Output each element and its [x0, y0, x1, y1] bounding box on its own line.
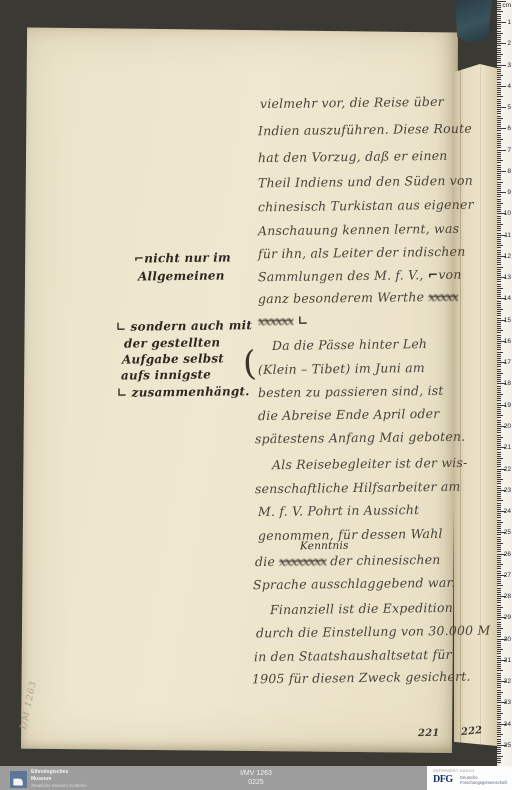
handwriting-line: Indien auszuführen. Diese Route	[258, 122, 472, 138]
ruler-tick	[497, 581, 501, 582]
ruler-tick	[497, 715, 501, 716]
text-segment: für ihn, als Leiter der indischen	[258, 244, 466, 262]
ruler-number: 19	[502, 402, 511, 409]
ruler-number: 12	[502, 253, 511, 260]
text-segment: die	[255, 554, 279, 569]
book-page-edge	[454, 64, 497, 746]
ruler-tick	[497, 579, 501, 580]
ruler-tick	[497, 428, 501, 429]
ruler-tick	[497, 345, 501, 346]
ruler-tick	[497, 71, 501, 72]
ruler-tick	[497, 207, 501, 208]
handwriting-line: (Klein – Tibet) im Juni am	[258, 361, 425, 377]
ruler-tick	[497, 228, 501, 229]
text-segment: Da die Pässe hinter Leh	[272, 336, 427, 353]
ruler-tick	[497, 509, 501, 510]
ruler-tick	[497, 105, 501, 106]
ruler-tick	[497, 643, 501, 644]
text-segment: aufs innigste	[121, 367, 211, 382]
ruler-tick	[497, 92, 501, 93]
ruler-tick	[497, 517, 501, 518]
ruler-tick	[497, 549, 501, 550]
ruler-tick	[497, 305, 501, 306]
ruler-tick	[497, 271, 501, 272]
ruler-tick	[497, 356, 501, 357]
ruler-tick	[497, 413, 501, 414]
ruler-tick	[497, 483, 501, 484]
ruler-tick	[497, 45, 501, 46]
ruler-tick	[497, 645, 501, 646]
ruler-tick	[497, 762, 501, 763]
ruler-tick	[497, 352, 503, 353]
ruler-number: 1	[502, 19, 511, 26]
margin-note-line: Allgemeinen	[138, 269, 225, 283]
ruler-tick	[497, 184, 501, 185]
ruler-tick	[497, 422, 501, 423]
ruler-tick	[497, 252, 501, 253]
ruler-tick	[497, 247, 501, 248]
ruler-tick	[497, 568, 501, 569]
ruler-tick	[497, 562, 501, 563]
ruler-tick	[497, 175, 501, 176]
next-page-number: 222	[460, 725, 483, 738]
ruler-tick	[497, 656, 501, 657]
ruler-number: 30	[502, 636, 511, 643]
ruler-tick	[497, 143, 501, 144]
ruler-tick	[497, 245, 503, 246]
ruler-tick	[497, 692, 503, 693]
text-segment: M. f. V. Pohrt in Aussicht	[258, 502, 419, 519]
ruler-tick	[497, 526, 501, 527]
ruler-tick	[497, 152, 501, 153]
ruler-tick	[497, 103, 501, 104]
ruler-tick	[497, 566, 501, 567]
ruler-tick	[497, 602, 501, 603]
ruler-tick	[497, 445, 501, 446]
ruler-tick	[497, 522, 503, 523]
ruler-tick	[497, 7, 501, 8]
ruler-tick	[497, 760, 501, 761]
ruler-tick	[497, 726, 501, 727]
ruler-number: 32	[502, 678, 511, 685]
dfg-name-line2: Forschungsgemeinschaft	[460, 780, 507, 785]
ruler-tick	[497, 292, 501, 293]
ruler-tick	[497, 636, 501, 637]
handwriting-line: für ihn, als Leiter der indischen	[258, 245, 466, 261]
ruler-tick	[497, 133, 501, 134]
ruler-tick	[497, 173, 501, 174]
ruler-tick	[497, 588, 501, 589]
ruler-tick	[497, 432, 501, 433]
text-segment: durch die Einstellung von 30.000 M	[256, 623, 491, 641]
ruler-tick	[497, 641, 501, 642]
ruler-number: 21	[502, 444, 511, 451]
text-segment: ganz besonderem Werthe	[258, 289, 428, 306]
ruler-tick	[497, 194, 501, 195]
page-crease	[460, 64, 461, 746]
text-segment: Kenntnis	[300, 540, 349, 553]
ruler-tick	[497, 505, 501, 506]
handwriting-line: Sprache ausschlaggebend war.	[253, 576, 456, 592]
ruler-tick	[497, 607, 503, 608]
ruler-tick	[497, 730, 501, 731]
ruler-tick	[497, 749, 501, 750]
struck-out-word: xxxxx	[428, 289, 457, 304]
ruler-number: 16	[502, 338, 511, 345]
ruler-unit-label: cm	[502, 2, 511, 9]
ruler-number: 9	[502, 189, 511, 196]
ruler-tick	[497, 147, 501, 148]
ruler-tick	[497, 452, 501, 453]
ruler-number: 31	[502, 657, 511, 664]
ruler-tick	[497, 541, 501, 542]
ruler-tick	[497, 188, 501, 189]
ruler-tick	[497, 386, 501, 387]
ruler-tick	[497, 101, 501, 102]
ruler-number: 8	[502, 168, 511, 175]
ruler-tick	[497, 564, 503, 565]
ruler-tick	[497, 201, 501, 202]
ruler-tick	[497, 318, 501, 319]
ruler-tick	[497, 460, 501, 461]
ruler-number: 25	[502, 529, 511, 536]
text-segment: der gestellten	[124, 335, 220, 350]
ruler-tick	[497, 717, 501, 718]
handwriting-line: Theil Indiens und den Süden von	[258, 174, 473, 190]
ruler-tick	[497, 705, 501, 706]
ruler-tick	[497, 182, 503, 183]
ruler-tick	[497, 403, 501, 404]
ruler-tick	[497, 337, 501, 338]
ruler-tick	[497, 424, 501, 425]
ruler-tick	[497, 658, 501, 659]
ruler-tick	[497, 739, 501, 740]
ruler-tick	[497, 250, 501, 251]
ruler-tick	[497, 239, 501, 240]
ruler-tick	[497, 449, 501, 450]
ruler-tick	[497, 492, 501, 493]
ruler-number: 6	[502, 125, 511, 132]
handwriting-line: in den Staatshaushaltsetat für	[254, 648, 452, 664]
handwriting-line: 1905 für diesen Zweck gesichert.	[252, 670, 471, 686]
ruler-tick	[497, 698, 501, 699]
ruler-tick	[497, 753, 501, 754]
ruler-tick	[497, 583, 501, 584]
ruler-number: 15	[502, 317, 511, 324]
text-segment: Aufgabe selbst	[122, 351, 224, 366]
ruler-tick	[497, 84, 501, 85]
ruler-tick	[497, 286, 501, 287]
text-segment: chinesisch Turkistan aus eigener	[258, 197, 474, 215]
ruler-tick	[497, 332, 501, 333]
ruler-tick	[497, 741, 501, 742]
text-segment: Theil Indiens und den Süden von	[258, 173, 473, 191]
ruler-tick	[497, 515, 501, 516]
ruler-tick	[497, 598, 501, 599]
ruler-tick	[497, 360, 501, 361]
bookmark-ribbon	[455, 0, 492, 42]
ruler-tick	[497, 407, 501, 408]
ruler-tick	[497, 196, 501, 197]
ruler-tick	[497, 556, 501, 557]
ruler-number: 22	[502, 466, 511, 473]
ruler-tick	[497, 216, 501, 217]
ruler-tick	[497, 411, 501, 412]
ruler-tick	[497, 24, 501, 25]
ruler-tick	[497, 50, 501, 51]
ruler-tick	[497, 687, 501, 688]
ruler-tick	[497, 9, 501, 10]
ruler-number: 20	[502, 423, 511, 430]
ruler-tick	[497, 273, 501, 274]
text-segment: Anschauung kennen lernt, was	[258, 221, 459, 238]
ruler-tick	[497, 311, 501, 312]
text-segment: von	[438, 267, 461, 282]
struck-out-word: xxxxxx	[258, 313, 293, 328]
ruler-tick	[497, 267, 503, 268]
ruler-tick	[497, 315, 501, 316]
ruler-number: 28	[502, 593, 511, 600]
ruler-tick	[497, 358, 501, 359]
ruler-number: 29	[502, 614, 511, 621]
ruler-tick	[497, 203, 503, 204]
ruler-tick	[497, 99, 501, 100]
ruler-tick	[497, 16, 501, 17]
page-number: 221	[418, 728, 440, 739]
handwriting-line: die Abreise Ende April oder	[258, 407, 440, 423]
ruler-tick	[497, 458, 503, 459]
ruler-tick	[497, 26, 501, 27]
ruler-number: 33	[502, 699, 511, 706]
ruler-tick	[497, 558, 501, 559]
ruler-tick	[497, 139, 503, 140]
text-segment: Sprache ausschlaggebend war.	[253, 575, 456, 592]
ruler-number: 3	[502, 62, 511, 69]
handwriting-line: vielmehr vor, die Reise über	[260, 95, 444, 111]
ruler-tick	[497, 666, 501, 667]
ruler-tick	[497, 301, 501, 302]
ruler-tick	[497, 275, 501, 276]
ruler-tick	[497, 145, 501, 146]
dfg-logo: DFG	[433, 774, 453, 785]
ruler-tick	[497, 630, 501, 631]
ruler-tick	[497, 537, 501, 538]
ruler-tick	[497, 264, 501, 265]
ruler-tick	[497, 626, 501, 627]
ruler-tick	[497, 60, 501, 61]
ruler-number: 2	[502, 40, 511, 47]
ruler-tick	[497, 696, 501, 697]
ruler-tick	[497, 31, 501, 32]
ruler-tick	[497, 205, 501, 206]
ruler-tick	[497, 75, 503, 76]
ruler-tick	[497, 343, 501, 344]
ruler-tick	[497, 498, 501, 499]
ruler-tick	[497, 624, 501, 625]
text-segment: (Klein – Tibet) im Juni am	[258, 360, 425, 377]
text-segment: Indien auszuführen. Diese Route	[258, 121, 472, 139]
ruler-tick	[497, 685, 501, 686]
ruler-tick	[497, 54, 503, 55]
ruler-tick	[497, 634, 501, 635]
handwriting-line: chinesisch Turkistan aus eigener	[258, 198, 474, 214]
ruler-tick	[497, 628, 503, 629]
ruler-tick	[497, 279, 501, 280]
ruler-tick	[497, 619, 501, 620]
ruler-tick	[497, 258, 501, 259]
ruler-tick	[497, 481, 501, 482]
ruler-tick	[497, 162, 501, 163]
ruler-tick	[497, 233, 501, 234]
ruler-tick	[497, 473, 501, 474]
ruler-tick	[497, 751, 501, 752]
ruler-tick	[497, 670, 503, 671]
ruler-tick	[497, 322, 501, 323]
text-segment: hat den Vorzug, daß er einen	[258, 148, 448, 165]
ruler-tick	[497, 611, 501, 612]
ruler-tick	[497, 734, 503, 735]
ruler-number: 35	[502, 742, 511, 749]
ruler-tick	[497, 528, 501, 529]
text-segment: vielmehr vor, die Reise über	[260, 94, 444, 111]
ruler-tick	[497, 694, 501, 695]
ruler-tick	[497, 743, 501, 744]
ruler-tick	[497, 732, 501, 733]
ruler-tick	[497, 296, 501, 297]
ruler-tick	[497, 281, 501, 282]
ruler-tick	[497, 167, 501, 168]
text-segment: Allgemeinen	[138, 268, 225, 283]
ruler-tick	[497, 88, 501, 89]
ruler-tick	[497, 471, 501, 472]
ruler-tick	[497, 309, 503, 310]
ruler-tick	[497, 415, 503, 416]
ruler-tick	[497, 494, 501, 495]
text-segment: ∟ zusammenhängt.	[117, 384, 250, 400]
ruler-tick	[497, 328, 501, 329]
handwriting-line: Finanziell ist die Expedition	[270, 601, 453, 617]
ruler-tick	[497, 179, 501, 180]
ruler-tick	[497, 90, 501, 91]
text-segment: Als Reisebegleiter ist der wis-	[272, 455, 468, 472]
ruler-tick	[497, 577, 501, 578]
ruler-tick	[497, 605, 501, 606]
text-segment: ⌐nicht nur im	[134, 250, 231, 265]
ruler-tick	[497, 675, 501, 676]
ruler-tick	[497, 33, 503, 34]
ruler-tick	[497, 37, 501, 38]
ruler-tick	[497, 713, 503, 714]
ruler-tick	[497, 417, 501, 418]
inserted-correction: Kenntnis	[300, 541, 349, 553]
ruler-tick	[497, 530, 501, 531]
text-segment: spätestens Anfang Mai geboten.	[255, 429, 466, 447]
ruler-number: 13	[502, 274, 511, 281]
ruler-tick	[497, 520, 501, 521]
funded-by-label: GEFÖRDERT DURCH	[433, 769, 474, 773]
ruler-number: 34	[502, 721, 511, 728]
ruler-tick	[497, 177, 501, 178]
ruler-tick	[497, 545, 501, 546]
ruler-tick	[497, 349, 501, 350]
ruler-tick	[497, 130, 501, 131]
handwriting-line: Sammlungen des M. f. V., ⌐von	[258, 268, 462, 284]
ruler-tick	[497, 513, 501, 514]
ruler-tick	[497, 475, 501, 476]
margin-note-line: ⌐nicht nur im	[134, 251, 231, 265]
ruler-tick	[497, 496, 501, 497]
ruler-tick	[497, 454, 501, 455]
footer-bar: Ethnologisches Museum Staatliche Museen …	[0, 766, 512, 790]
text-segment: Finanziell ist die Expedition	[270, 600, 453, 617]
ruler-tick	[497, 243, 501, 244]
handwriting-line: xxxxxx ∟	[258, 314, 309, 328]
struck-out-word: xxxxxxxx	[279, 553, 326, 569]
ruler-tick	[497, 700, 501, 701]
ruler-number: 10	[502, 210, 511, 217]
ruler-tick	[497, 67, 501, 68]
ruler-tick	[497, 347, 501, 348]
ruler-tick	[497, 649, 503, 650]
ruler-tick	[497, 594, 501, 595]
ruler-tick	[497, 169, 501, 170]
ruler-tick	[497, 375, 501, 376]
ruler-tick	[497, 539, 501, 540]
ruler-tick	[497, 653, 501, 654]
margin-parenthesis-mark: (	[242, 344, 258, 385]
ruler-tick	[497, 396, 501, 397]
ruler-tick	[497, 52, 501, 53]
ruler-tick	[497, 254, 501, 255]
ruler-tick	[497, 500, 503, 501]
ruler-tick	[497, 141, 501, 142]
ruler-tick	[497, 647, 501, 648]
ruler-tick	[497, 41, 501, 42]
ruler-tick	[497, 443, 501, 444]
ruler-tick	[497, 507, 501, 508]
ruler-tick	[497, 284, 501, 285]
ruler-tick	[497, 313, 501, 314]
ruler-tick	[497, 339, 501, 340]
ruler-tick	[497, 335, 501, 336]
dfg-logo-block: GEFÖRDERT DURCH DFG Deutsche Forschungsg…	[427, 766, 512, 790]
ruler-tick	[497, 371, 501, 372]
measuring-ruler: cm 1234567891011121314151617181920212223…	[497, 0, 512, 766]
ruler-tick	[497, 69, 501, 70]
ruler-tick	[497, 324, 501, 325]
ruler-tick	[497, 503, 501, 504]
ruler-tick	[497, 113, 501, 114]
ruler-tick	[497, 79, 501, 80]
ruler-tick	[497, 226, 501, 227]
dfg-name: Deutsche Forschungsgemeinschaft	[460, 775, 507, 785]
ruler-number: 27	[502, 572, 511, 579]
editorial-mark: ∟	[293, 313, 308, 328]
ruler-tick	[497, 373, 503, 374]
handwriting-line: besten zu passieren sind, ist	[258, 384, 444, 400]
ruler-tick	[497, 728, 501, 729]
ruler-tick	[497, 14, 501, 15]
ruler-tick	[497, 707, 501, 708]
ruler-tick	[497, 462, 501, 463]
ruler-tick	[497, 651, 501, 652]
ruler-tick	[497, 543, 503, 544]
ruler-tick	[497, 111, 501, 112]
ruler-tick	[497, 18, 501, 19]
ruler-tick	[497, 668, 501, 669]
ruler-tick	[497, 547, 501, 548]
ruler-number: 14	[502, 295, 511, 302]
